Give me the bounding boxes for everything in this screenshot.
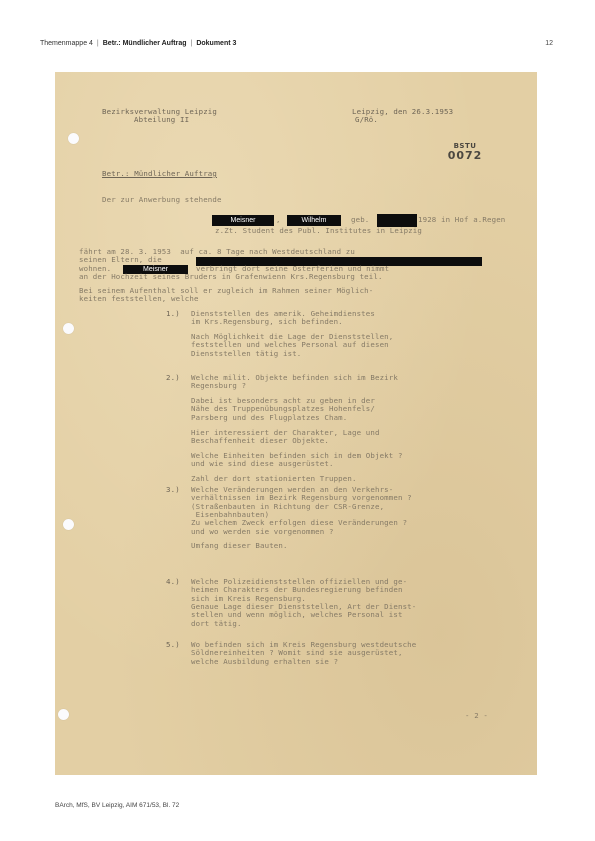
reference-code: G/Rö. xyxy=(355,116,378,124)
stamp-number: 0072 xyxy=(445,150,485,161)
header-document: Dokument 3 xyxy=(196,40,236,47)
intro-line: Der zur Anwerbung stehende xyxy=(102,196,222,204)
item-number: 5.) xyxy=(166,641,180,649)
punch-hole xyxy=(63,323,74,334)
item-number: 4.) xyxy=(166,578,180,586)
paragraph-2-line-2: keiten feststellen, welche xyxy=(79,295,199,303)
page-number: 12 xyxy=(545,40,553,47)
person-birth-place: 1928 in Hof a.Regen xyxy=(418,216,505,224)
paragraph-1-line-4: an der Hochzeit seines Bruders in Grafen… xyxy=(79,273,383,281)
header-section: Themenmappe 4 xyxy=(40,40,93,47)
item-line: und wo werden sie vorgenommen ? xyxy=(191,528,334,536)
person-status: z.Zt. Student des Publ. Institutes in Le… xyxy=(215,227,422,235)
item-line: Beschaffenheit dieser Objekte. xyxy=(191,437,329,445)
item-line: Dienststellen tätig ist. xyxy=(191,350,301,358)
punch-hole xyxy=(58,709,69,720)
person-born-label: geb. xyxy=(351,216,369,224)
source-caption: BArch, MfS, BV Leipzig, AIM 671/53, Bl. … xyxy=(55,802,179,809)
redaction-firstname: Wilhelm xyxy=(287,215,341,226)
item-line: und wie sind diese ausgerüstet. xyxy=(191,460,334,468)
item-line: Umfang dieser Bauten. xyxy=(191,542,288,550)
item-line: Parsberg und des Flugplatzes Cham. xyxy=(191,414,347,422)
sender-line-2: Abteilung II xyxy=(134,116,189,124)
item-line: Zahl der dort stationierten Truppen. xyxy=(191,475,357,483)
header-separator: | xyxy=(97,40,99,47)
item-line: dort tätig. xyxy=(191,620,242,628)
header-subject: Betr.: Mündlicher Auftrag xyxy=(103,40,187,47)
person-comma: , xyxy=(276,216,281,224)
item-number: 1.) xyxy=(166,310,180,318)
running-header: Themenmappe 4|Betr.: Mündlicher Auftrag|… xyxy=(40,40,236,47)
header-separator: | xyxy=(191,40,193,47)
item-number: 2.) xyxy=(166,374,180,382)
page-marker: - 2 - xyxy=(465,712,488,720)
item-number: 3.) xyxy=(166,486,180,494)
scanned-document: Bezirksverwaltung Leipzig Abteilung II L… xyxy=(55,72,537,775)
subject-line: Betr.: Mündlicher Auftrag xyxy=(102,170,217,178)
redaction-surname: Meisner xyxy=(212,215,274,226)
punch-hole xyxy=(68,133,79,144)
archive-stamp: BSTU 0072 xyxy=(445,142,485,161)
item-line: im Krs.Regensburg, sich befinden. xyxy=(191,318,343,326)
item-line: Regensburg ? xyxy=(191,382,246,390)
item-line: welche Ausbildung erhalten sie ? xyxy=(191,658,338,666)
punch-hole xyxy=(63,519,74,530)
